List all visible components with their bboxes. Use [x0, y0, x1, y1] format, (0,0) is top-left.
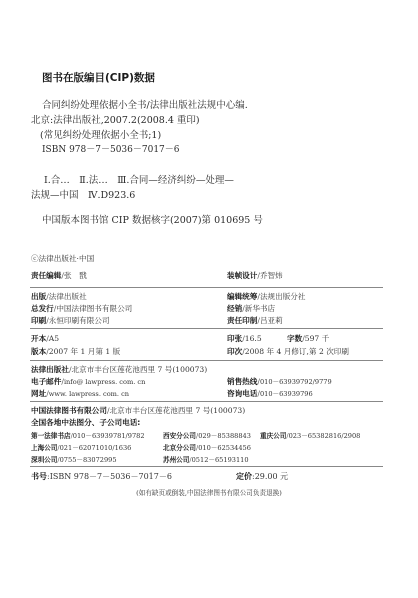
- footer-price: 定价:29.00 元: [236, 471, 288, 482]
- divider: [30, 328, 383, 329]
- branch-entry: 苏州公司/0512－65193110: [163, 454, 249, 464]
- contact-email: 电子邮件/info@ lawpress. com. cn: [31, 376, 145, 387]
- credit-printer: 印刷/永恒印刷有限公司: [31, 315, 110, 326]
- credit-print-manager: 责任印制/吕亚莉: [227, 315, 283, 326]
- cip-line-publisher: 北京:法律出版社,2007.2(2008.4 重印): [31, 112, 200, 126]
- spec-edition: 版本/2007 年 1 月第 1 版: [31, 346, 120, 357]
- copyright-line: ⓒ法律出版社·中国: [31, 253, 94, 264]
- contact-sales: 销售热线/010－63939792/9779: [227, 376, 332, 387]
- divider: [30, 466, 383, 467]
- cip-classification-2: 法规—中国 Ⅳ.D923.6: [31, 187, 135, 201]
- cip-classification-1: Ⅰ.合… Ⅱ.法… Ⅲ.合同—经济纠纷—处理—: [44, 172, 234, 186]
- cip-number: 中国版本图书馆 CIP 数据核字(2007)第 010695 号: [42, 212, 263, 226]
- divider: [30, 401, 383, 402]
- branches-heading: 全国各地中法图分、子公司电话:: [31, 417, 140, 428]
- cip-title: 图书在版编目(CIP)数据: [42, 70, 155, 85]
- credit-distributor: 总发行/中国法律图书有限公司: [31, 303, 132, 314]
- credit-publisher: 出版/法律出版社: [31, 291, 87, 302]
- divider: [30, 360, 383, 361]
- cip-line-series: (常见纠纷处理依据小全书;1): [40, 127, 161, 141]
- website-link[interactable]: www. lawpress. com. cn: [49, 390, 129, 398]
- branch-entry: 西安分公司/029－85388843: [163, 430, 251, 440]
- divider: [30, 287, 383, 288]
- branch-entry: 深圳公司/0755－83072995: [31, 454, 117, 464]
- spec-format: 开本/A5: [31, 333, 59, 344]
- email-link[interactable]: info@ lawpress. com. cn: [64, 378, 145, 386]
- cip-line-isbn: ISBN 978－7－5036－7017－6: [42, 142, 180, 155]
- spec-sheets: 印张/16.5: [227, 333, 262, 344]
- branch-entry: 重庆公司/023－65382816/2908: [260, 430, 360, 440]
- branch-company: 中国法律图书有限公司/北京市丰台区莲花池西里 7 号(100073): [31, 405, 245, 416]
- contact-website: 网址/www. lawpress. com. cn: [31, 388, 129, 399]
- contact-press: 法律出版社/北京市丰台区莲花池西里 7 号(100073): [31, 364, 207, 375]
- branch-entry: 北京分公司/010－62534456: [163, 442, 251, 452]
- label: 责任编辑: [31, 271, 61, 280]
- branch-entry: 第一法律书店/010－63939781/9782: [31, 430, 145, 440]
- spec-words: 字数/597 千: [287, 333, 329, 344]
- spec-printing: 印次/2008 年 4 月修订,第 2 次印刷: [227, 346, 349, 357]
- footer-isbn: 书号:ISBN 978－7－5036－7017－6: [31, 471, 172, 482]
- credit-designer: 装帧设计/乔智炜: [227, 270, 283, 281]
- cip-line-title: 合同纠纷处理依据小全书/法律出版社法规中心编.: [42, 97, 248, 111]
- contact-consult: 咨询电话/010－63939796: [227, 388, 313, 399]
- branch-entry: 上海公司/021－62071010/1636: [31, 442, 131, 452]
- credit-seller: 经销/新华书店: [227, 303, 275, 314]
- credit-editor: 责任编辑/张 戬: [31, 270, 87, 281]
- credit-planning: 编辑统筹/法规出版分社: [227, 291, 306, 302]
- value: 张 戬: [64, 271, 87, 280]
- footer-notice: (如有缺页或倒装,中国法律图书有限公司负责退换): [0, 487, 418, 497]
